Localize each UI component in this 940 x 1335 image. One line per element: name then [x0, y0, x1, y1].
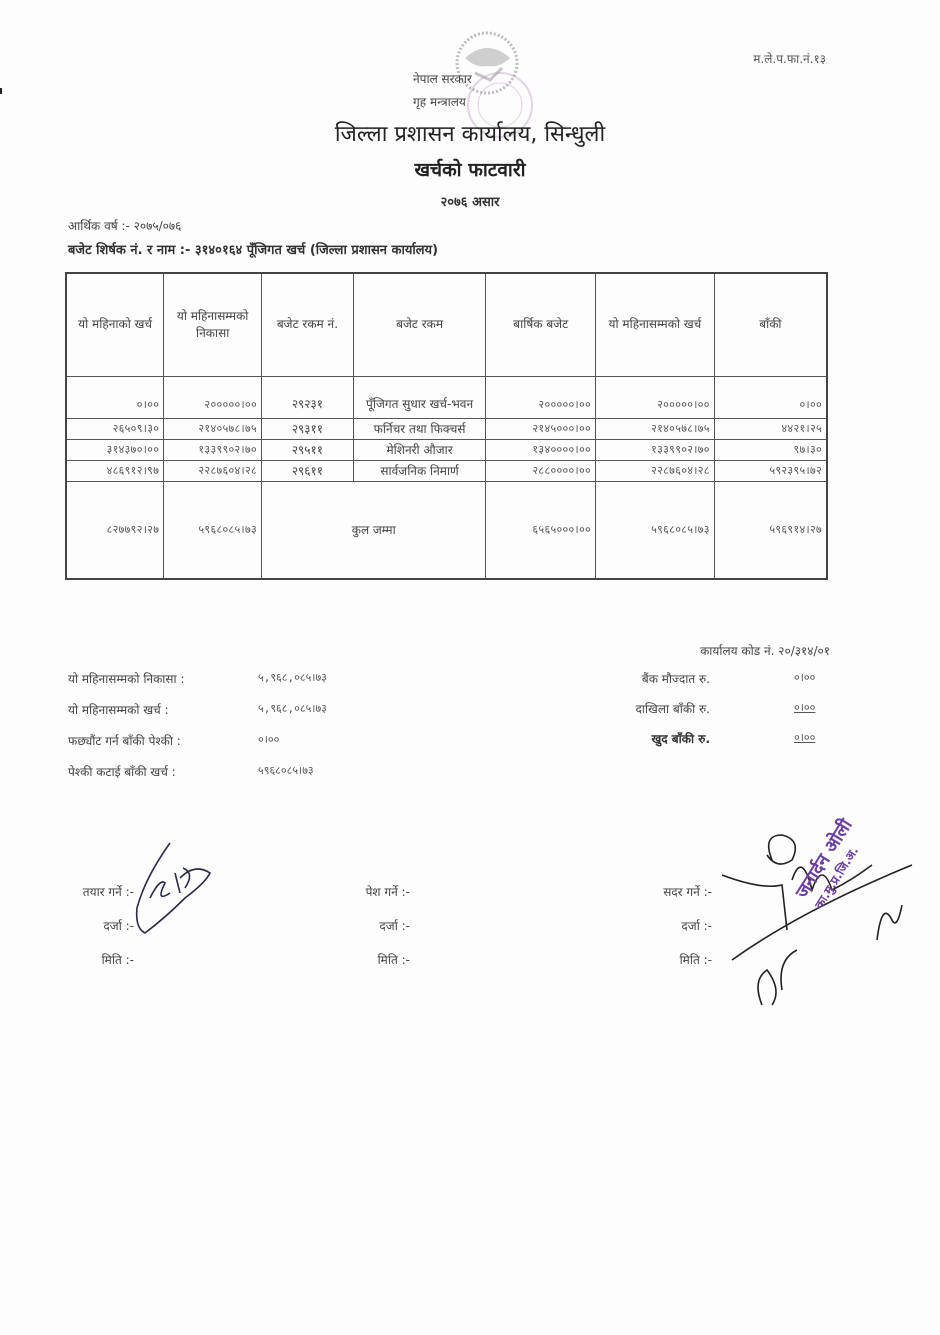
cell: १३३९९०२।७०: [596, 439, 715, 460]
cell: २९६११: [262, 460, 354, 481]
sig-role: सदर गर्ने :-: [640, 883, 712, 917]
col-header: यो महिनासम्मको खर्च: [596, 273, 715, 376]
cell: फर्निचर तथा फिक्चर्स: [353, 418, 486, 439]
sig-date: मिति :-: [640, 951, 712, 985]
cell: १३३९९०२।७०: [164, 439, 262, 460]
table-row: ३१४३७०।०० १३३९९०२।७० २९५११ मेशिनरी औजार …: [66, 439, 827, 460]
summary-row: दाखिला बाँकी रु. ०।००: [600, 700, 815, 730]
summary-row: पेश्की कटाई बाँकी खर्च : ५९६८०८५।७३: [68, 763, 327, 794]
sig-date: मिति :-: [338, 951, 410, 985]
summary-label: खुद बाँकी रु.: [600, 730, 710, 760]
cell: २६५०९।३०: [66, 418, 164, 439]
table-row: ४८६९१२।९७ २२८७६०४।२८ २९६११ सार्वजनिक निम…: [66, 460, 827, 481]
cell: २०००००।००: [486, 376, 596, 418]
sig-role: तयार गर्ने :-: [64, 883, 134, 917]
preparer-signature-icon: [125, 838, 225, 938]
total-row: ८२७७९२।२७ ५९६८०८५।७३ कुल जम्मा ६५६५०००।०…: [66, 481, 827, 579]
summary-value: ०।००: [794, 730, 815, 760]
table-row: २६५०९।३० २१४०५७८।७५ २९३११ फर्निचर तथा फि…: [66, 418, 827, 439]
cell: २२८७६०४।२८: [596, 460, 715, 481]
document-page: म.ले.प.फा.नं.१३ नेपाल सरकार गृह मन्त्राल…: [0, 0, 940, 1335]
cell: पूँजिगत सुधार खर्च-भवन: [353, 376, 486, 418]
cell: ४८६९१२।९७: [66, 460, 164, 481]
col-header: बार्षिक बजेट: [486, 273, 596, 376]
total-label: कुल जम्मा: [262, 481, 486, 579]
prepared-by-block: तयार गर्ने :- दर्जा :- मिति :-: [64, 883, 134, 985]
cell: २०००००।००: [596, 376, 715, 418]
sig-date: मिति :-: [64, 951, 134, 985]
summary-value: ०।००: [258, 732, 279, 763]
document-title: खर्चको फाटवारी: [0, 156, 940, 182]
summary-left: यो महिनासम्मको निकासा : ५,९६८,०८५।७३ यो …: [68, 670, 327, 794]
sig-post: दर्जा :-: [64, 917, 134, 951]
cell: सार्वजनिक निमार्ण: [353, 460, 486, 481]
total-cell: ५९६९१४।२७: [714, 481, 827, 579]
cell: मेशिनरी औजार: [353, 439, 486, 460]
col-header: बाँकी: [714, 273, 827, 376]
cell: २१४०५७८।७५: [164, 418, 262, 439]
sig-role: पेश गर्ने :-: [338, 883, 410, 917]
summary-label: यो महिनासम्मको निकासा :: [68, 670, 258, 701]
col-header: बजेट रकम: [353, 273, 486, 376]
summary-label: यो महिनासम्मको खर्च :: [68, 701, 258, 732]
office-title: जिल्ला प्रशासन कार्यालय, सिन्धुली: [0, 118, 940, 148]
total-cell: ८२७७९२।२७: [66, 481, 164, 579]
summary-value: ५९६८०८५।७३: [258, 763, 314, 794]
col-header: बजेट रकम नं.: [262, 273, 354, 376]
table-row: ०।०० २०००००।०० २९२३१ पूँजिगत सुधार खर्च-…: [66, 376, 827, 418]
summary-label: पेश्की कटाई बाँकी खर्च :: [68, 763, 258, 794]
total-cell: ५९६८०८५।७३: [164, 481, 262, 579]
summary-row: खुद बाँकी रु. ०।००: [600, 730, 815, 760]
summary-right: बैंक मौज्दात रु. ०।०० दाखिला बाँकी रु. ०…: [600, 670, 815, 760]
cell: २१४०५७८।७५: [596, 418, 715, 439]
summary-value: ५,९६८,०८५।७३: [258, 701, 327, 732]
summary-row: फछ्यौंट गर्न बाँकी पेश्की : ०।००: [68, 732, 327, 763]
summary-value: ५,९६८,०८५।७३: [258, 670, 327, 701]
report-period: २०७६ असार: [0, 192, 940, 210]
government-name: नेपाल सरकार: [413, 70, 472, 87]
cell: २२८७६०४।२८: [164, 460, 262, 481]
cell: २१४५०००।००: [486, 418, 596, 439]
cell: ५९२३९५।७२: [714, 460, 827, 481]
cell: २९२३१: [262, 376, 354, 418]
cell: २०००००।००: [164, 376, 262, 418]
expense-table: यो महिनाको खर्च यो महिनासम्मको निकासा बज…: [65, 272, 828, 580]
scan-mark: [0, 88, 2, 94]
cell: ३१४३७०।००: [66, 439, 164, 460]
cell: २९५११: [262, 439, 354, 460]
summary-row: यो महिनासम्मको खर्च : ५,९६८,०८५।७३: [68, 701, 327, 732]
summary-label: फछ्यौंट गर्न बाँकी पेश्की :: [68, 732, 258, 763]
summary-value: ०।००: [794, 700, 815, 730]
cell: ४४२१।२५: [714, 418, 827, 439]
table-header-row: यो महिनाको खर्च यो महिनासम्मको निकासा बज…: [66, 273, 827, 376]
submitted-by-block: पेश गर्ने :- दर्जा :- मिति :-: [338, 883, 410, 985]
approved-by-block: सदर गर्ने :- दर्जा :- मिति :-: [640, 883, 712, 985]
cell: ०।००: [714, 376, 827, 418]
summary-label: दाखिला बाँकी रु.: [600, 700, 710, 730]
form-number: म.ले.प.फा.नं.१३: [753, 50, 826, 67]
cell: २९३११: [262, 418, 354, 439]
cell: ०।००: [66, 376, 164, 418]
fiscal-year: आर्थिक वर्ष :- २०७५/०७६: [68, 217, 181, 234]
sig-post: दर्जा :-: [338, 917, 410, 951]
cell: २८८००००।००: [486, 460, 596, 481]
sig-post: दर्जा :-: [640, 917, 712, 951]
summary-row: यो महिनासम्मको निकासा : ५,९६८,०८५।७३: [68, 670, 327, 701]
total-cell: ५९६८०८५।७३: [596, 481, 715, 579]
summary-value: ०।००: [794, 670, 815, 700]
summary-label: बैंक मौज्दात रु.: [600, 670, 710, 700]
col-header: यो महिनाको खर्च: [66, 273, 164, 376]
cell: १३४००००।००: [486, 439, 596, 460]
office-code: कार्यालय कोड नं. २०/३१४/०१: [700, 642, 830, 659]
total-cell: ६५६५०००।००: [486, 481, 596, 579]
col-header: यो महिनासम्मको निकासा: [164, 273, 262, 376]
budget-head: बजेट शिर्षक नं. र नाम :- ३१४०१६४ पूँजिगत…: [68, 240, 438, 258]
summary-row: बैंक मौज्दात रु. ०।००: [600, 670, 815, 700]
cell: ९७।३०: [714, 439, 827, 460]
ministry-name: गृह मन्त्रालय: [413, 93, 466, 110]
